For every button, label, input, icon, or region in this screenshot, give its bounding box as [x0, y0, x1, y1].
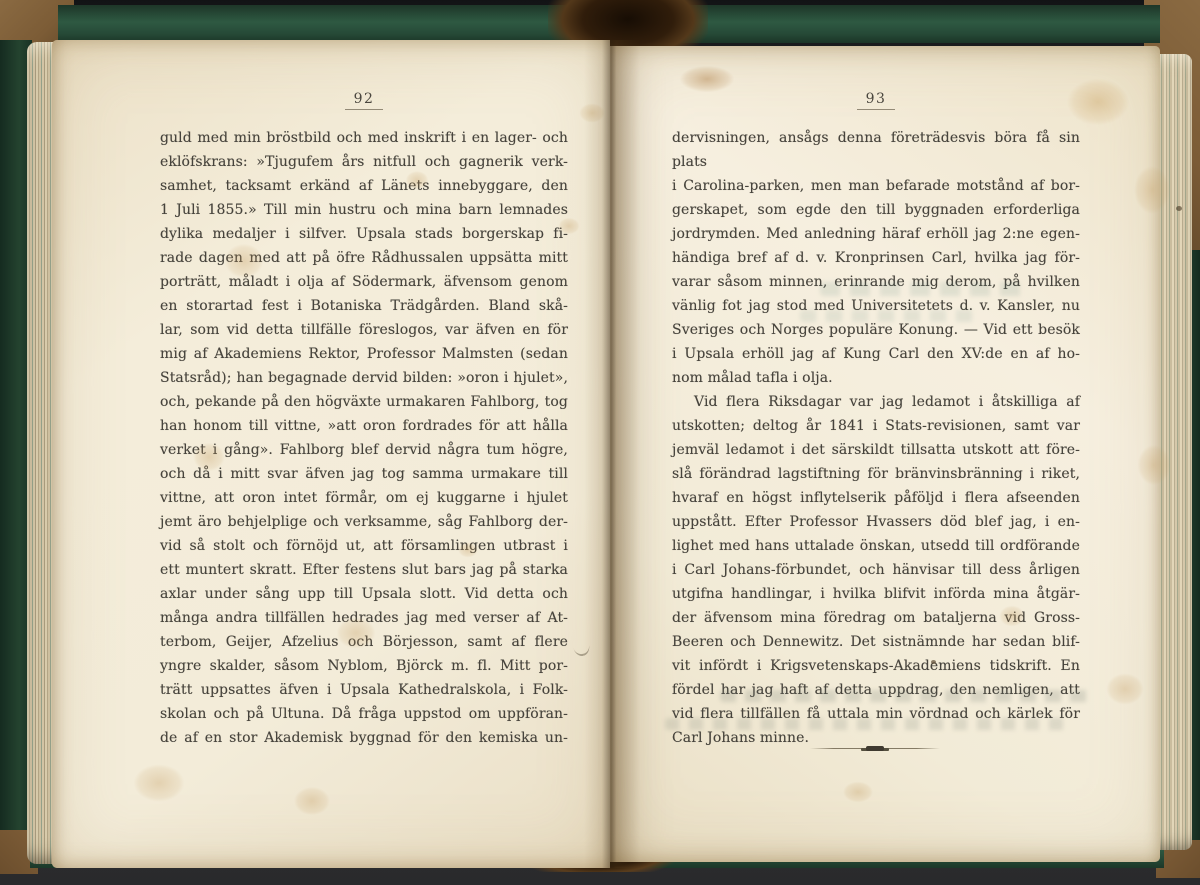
text-line: lar, som vid detta tillfälle föreslogos,…: [160, 318, 568, 342]
text-line: rade dagen med att på öfre Rådhussalen u…: [160, 246, 568, 270]
text-line: mig af Akademiens Rektor, Professor Malm…: [160, 342, 568, 366]
text-line: gerskapet, som egde den till byggnaden e…: [672, 198, 1080, 222]
text-line: utskotten; deltog år 1841 i Stats-revisi…: [672, 414, 1080, 438]
text-line: 1 Juli 1855.» Till min hustru och mina b…: [160, 198, 568, 222]
left-page-text-block: guld med min bröstbild och med inskrift …: [160, 126, 568, 750]
text-line: axlar under sång upp till Upsala slott. …: [160, 582, 568, 606]
text-line: terbom, Geijer, Afzelius och Börjesson, …: [160, 630, 568, 654]
end-ornament: [810, 746, 940, 751]
text-line: eklöfskrans: »Tjugufem års nitfull och g…: [160, 150, 568, 174]
text-line: hvaraf en högst inflytelserik påföljd i …: [672, 486, 1080, 510]
text-line: fördel har jag haft af detta uppdrag, de…: [672, 678, 1080, 702]
text-line: der äfvensom mina föredrag om bataljerna…: [672, 606, 1080, 630]
page-number: 93: [672, 88, 1080, 110]
text-line: utgifna handlingar, i hvilka blifvit inf…: [672, 582, 1080, 606]
text-line: i Carolina-parken, men man befarade mots…: [672, 174, 1080, 198]
text-line: yngre skalder, såsom Nyblom, Björck m. f…: [160, 654, 568, 678]
page-number: 92: [160, 88, 568, 110]
text-line: dylika medaljer i silfver. Upsala stads …: [160, 222, 568, 246]
text-line: guld med min bröstbild och med inskrift …: [160, 126, 568, 150]
text-line: jemväl ledamot i det särskildt tillsatta…: [672, 438, 1080, 462]
text-line: slå förändrad lagstiftning för bränvinsb…: [672, 462, 1080, 486]
text-line: vit infördt i Krigsvetenskaps-Akademiens…: [672, 654, 1080, 678]
text-line: han honom till vittne, »att oron fordrad…: [160, 414, 568, 438]
text-line: uppstått. Efter Professor Hvassers död b…: [672, 510, 1080, 534]
text-line: vittne, att oron intet förmår, om ej kug…: [160, 486, 568, 510]
text-line: och, pekande på den högväxte urmakaren F…: [160, 390, 568, 414]
text-line: Vid flera Riksdagar var jag ledamot i åt…: [672, 390, 1080, 414]
text-line: dervisningen, ansågs denna företrädesvis…: [672, 126, 1080, 174]
text-line: skolan och på Ultuna. Då fråga uppstod o…: [160, 702, 568, 726]
text-line: Beeren och Dennewitz. Det sistnämnde har…: [672, 630, 1080, 654]
text-line: samhet, tacksamt erkänd af Länets inneby…: [160, 174, 568, 198]
text-line: vid flera tillfällen få uttala min vördn…: [672, 702, 1080, 726]
text-line: och då i mitt svar äfven jag tog samma u…: [160, 462, 568, 486]
text-line: i Upsala erhöll jag af Kung Carl den XV:…: [672, 342, 1080, 366]
text-line: porträtt, måladt i olja af Södermark, äf…: [160, 270, 568, 294]
text-line: en storartad fest i Botaniska Trädgården…: [160, 294, 568, 318]
right-page-text-block: dervisningen, ansågs denna företrädesvis…: [672, 126, 1080, 750]
left-page: 92 guld med min bröstbild och med inskri…: [52, 40, 610, 868]
text-line: händiga bref af d. v. Kronprinsen Carl, …: [672, 246, 1080, 270]
text-line: jordrymden. Med anledning häraf erhöll j…: [672, 222, 1080, 246]
text-line: trätt uppsattes äfven i Upsala Kathedral…: [160, 678, 568, 702]
text-line: vänlig fot jag stod med Universitetets d…: [672, 294, 1080, 318]
text-line: i Carl Johans-förbundet, och hänvisar ti…: [672, 558, 1080, 582]
text-line: de af en stor Akademisk byggnad för den …: [160, 726, 568, 750]
text-line: jemt äro behjelplige och verksamme, såg …: [160, 510, 568, 534]
book-photo: 92 guld med min bröstbild och med inskri…: [0, 0, 1200, 885]
right-page: 93 dervisningen, ansågs denna företrädes…: [610, 46, 1160, 862]
text-line: Statsråd); han begagnade dervid bilden: …: [160, 366, 568, 390]
text-line: nom målad tafla i olja.: [672, 366, 1080, 390]
text-line: Sveriges och Norges populäre Konung. — V…: [672, 318, 1080, 342]
text-line: verket i gång». Fahlborg blef dervid någ…: [160, 438, 568, 462]
text-line: ett muntert skratt. Efter festens slut b…: [160, 558, 568, 582]
text-line: lighet med hans uttalade önskan, utsedd …: [672, 534, 1080, 558]
text-line: många andra tillfällen hedrades jag med …: [160, 606, 568, 630]
page-edge-stack-right: [1156, 54, 1192, 850]
text-line: varar såsom minnen, erinrande mig derom,…: [672, 270, 1080, 294]
text-line: vid så stolt och förnöjd ut, att församl…: [160, 534, 568, 558]
